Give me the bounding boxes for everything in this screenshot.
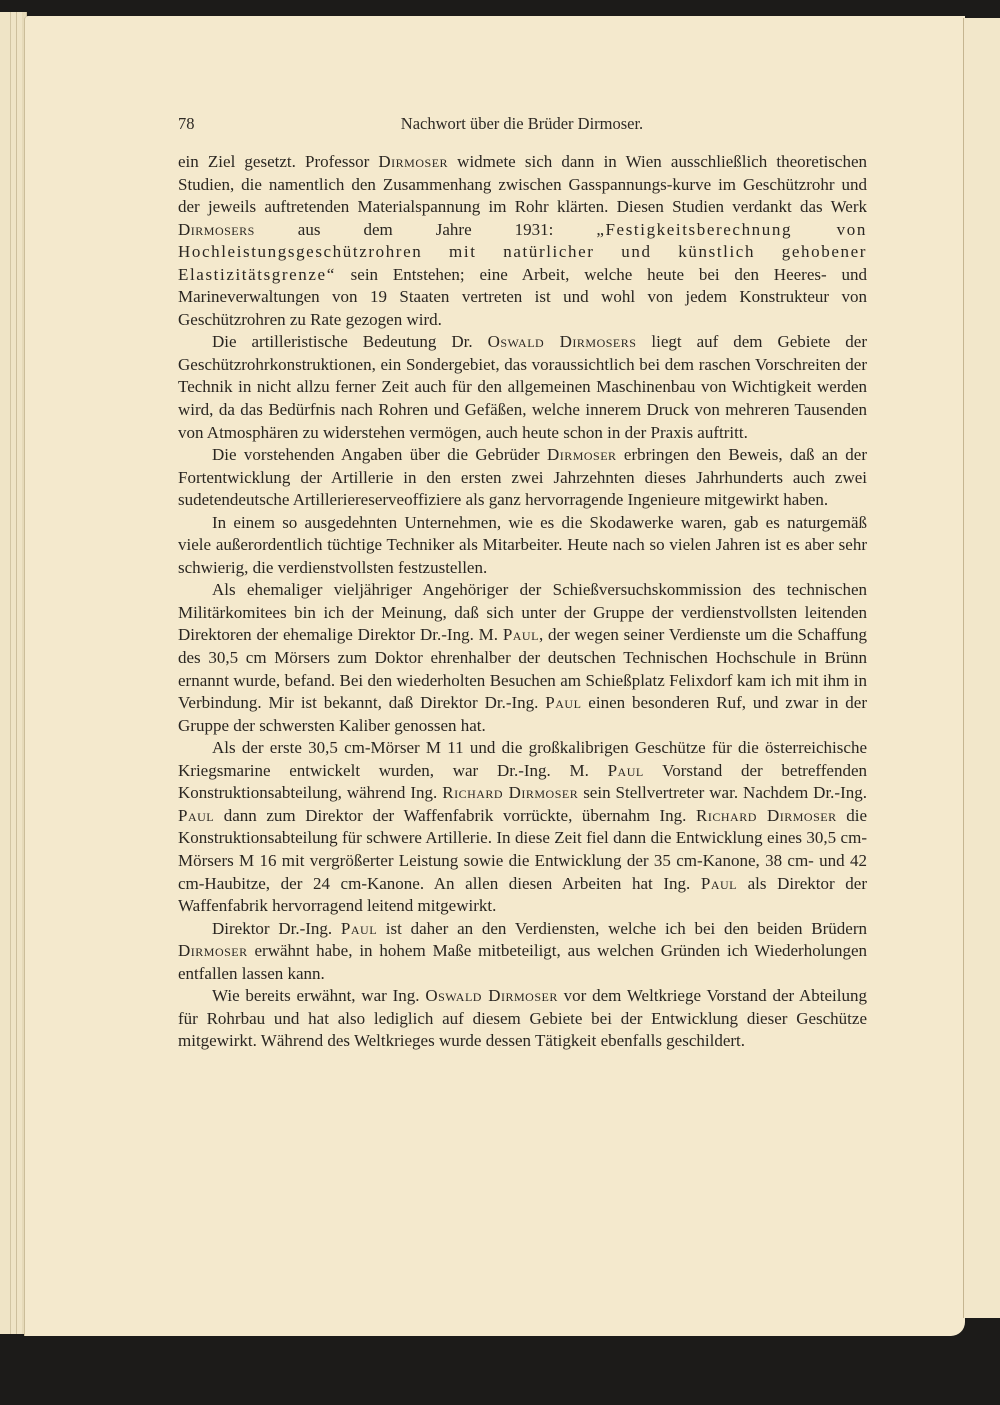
paragraph: Die artilleristische Bedeutung Dr. Oswal…: [178, 331, 867, 444]
paragraph: Als der erste 30,5 cm-Mörser M 11 und di…: [178, 737, 867, 917]
small-caps-name: Paul: [608, 761, 644, 780]
facing-page-edge: [963, 18, 1000, 1318]
small-caps-name: Paul: [701, 874, 737, 893]
paragraph: ein Ziel gesetzt. Professor Dirmoser wid…: [178, 151, 867, 331]
body-text: ein Ziel gesetzt. Professor Dirmoser wid…: [178, 151, 867, 1053]
text-run: ist daher an den Verdiensten, welche ich…: [377, 919, 867, 938]
paragraph: Als ehemaliger vieljähriger Angehöriger …: [178, 579, 867, 737]
running-head-title: Nachwort über die Brüder Dirmoser.: [178, 114, 866, 134]
text-run: aus dem Jahre 1931:: [255, 220, 597, 239]
text-run: dann zum Direktor der Waffenfabrik vorrü…: [214, 806, 696, 825]
text-run: In einem so ausgedehnten Unternehmen, wi…: [178, 513, 867, 577]
small-caps-name: Dirmosers: [178, 220, 255, 239]
text-run: Wie bereits erwähnt, war Ing.: [212, 986, 425, 1005]
paragraph: In einem so ausgedehnten Unternehmen, wi…: [178, 512, 867, 580]
small-caps-name: Dirmoser: [378, 152, 448, 171]
text-run: Die vorstehenden Angaben über die Gebrüd…: [212, 445, 547, 464]
small-caps-name: Dirmoser: [547, 445, 617, 464]
page-stack-edge: [0, 12, 27, 1334]
paragraph: Direktor Dr.-Ing. Paul ist daher an den …: [178, 918, 867, 986]
text-run: Direktor Dr.-Ing.: [212, 919, 341, 938]
text-run: Die artilleristische Bedeutung Dr.: [212, 332, 488, 351]
text-run: erwähnt habe, in hohem Maße mitbeteiligt…: [178, 941, 867, 983]
small-caps-name: Oswald Dirmosers: [488, 332, 637, 351]
small-caps-name: Richard Dirmoser: [442, 783, 578, 802]
running-head: 78 Nachwort über die Brüder Dirmoser.: [178, 114, 866, 136]
small-caps-name: Richard Dirmoser: [696, 806, 837, 825]
paragraph: Wie bereits erwähnt, war Ing. Oswald Dir…: [178, 985, 867, 1053]
text-run: ein Ziel gesetzt. Professor: [178, 152, 378, 171]
small-caps-name: Paul: [545, 693, 581, 712]
small-caps-name: Paul: [503, 625, 539, 644]
small-caps-name: Paul: [341, 919, 377, 938]
text-run: sein Stellvertreter war. Nachdem Dr.-Ing…: [578, 783, 867, 802]
paragraph: Die vorstehenden Angaben über die Gebrüd…: [178, 444, 867, 512]
small-caps-name: Dirmoser: [178, 941, 248, 960]
small-caps-name: Oswald Dirmoser: [425, 986, 558, 1005]
small-caps-name: Paul: [178, 806, 214, 825]
